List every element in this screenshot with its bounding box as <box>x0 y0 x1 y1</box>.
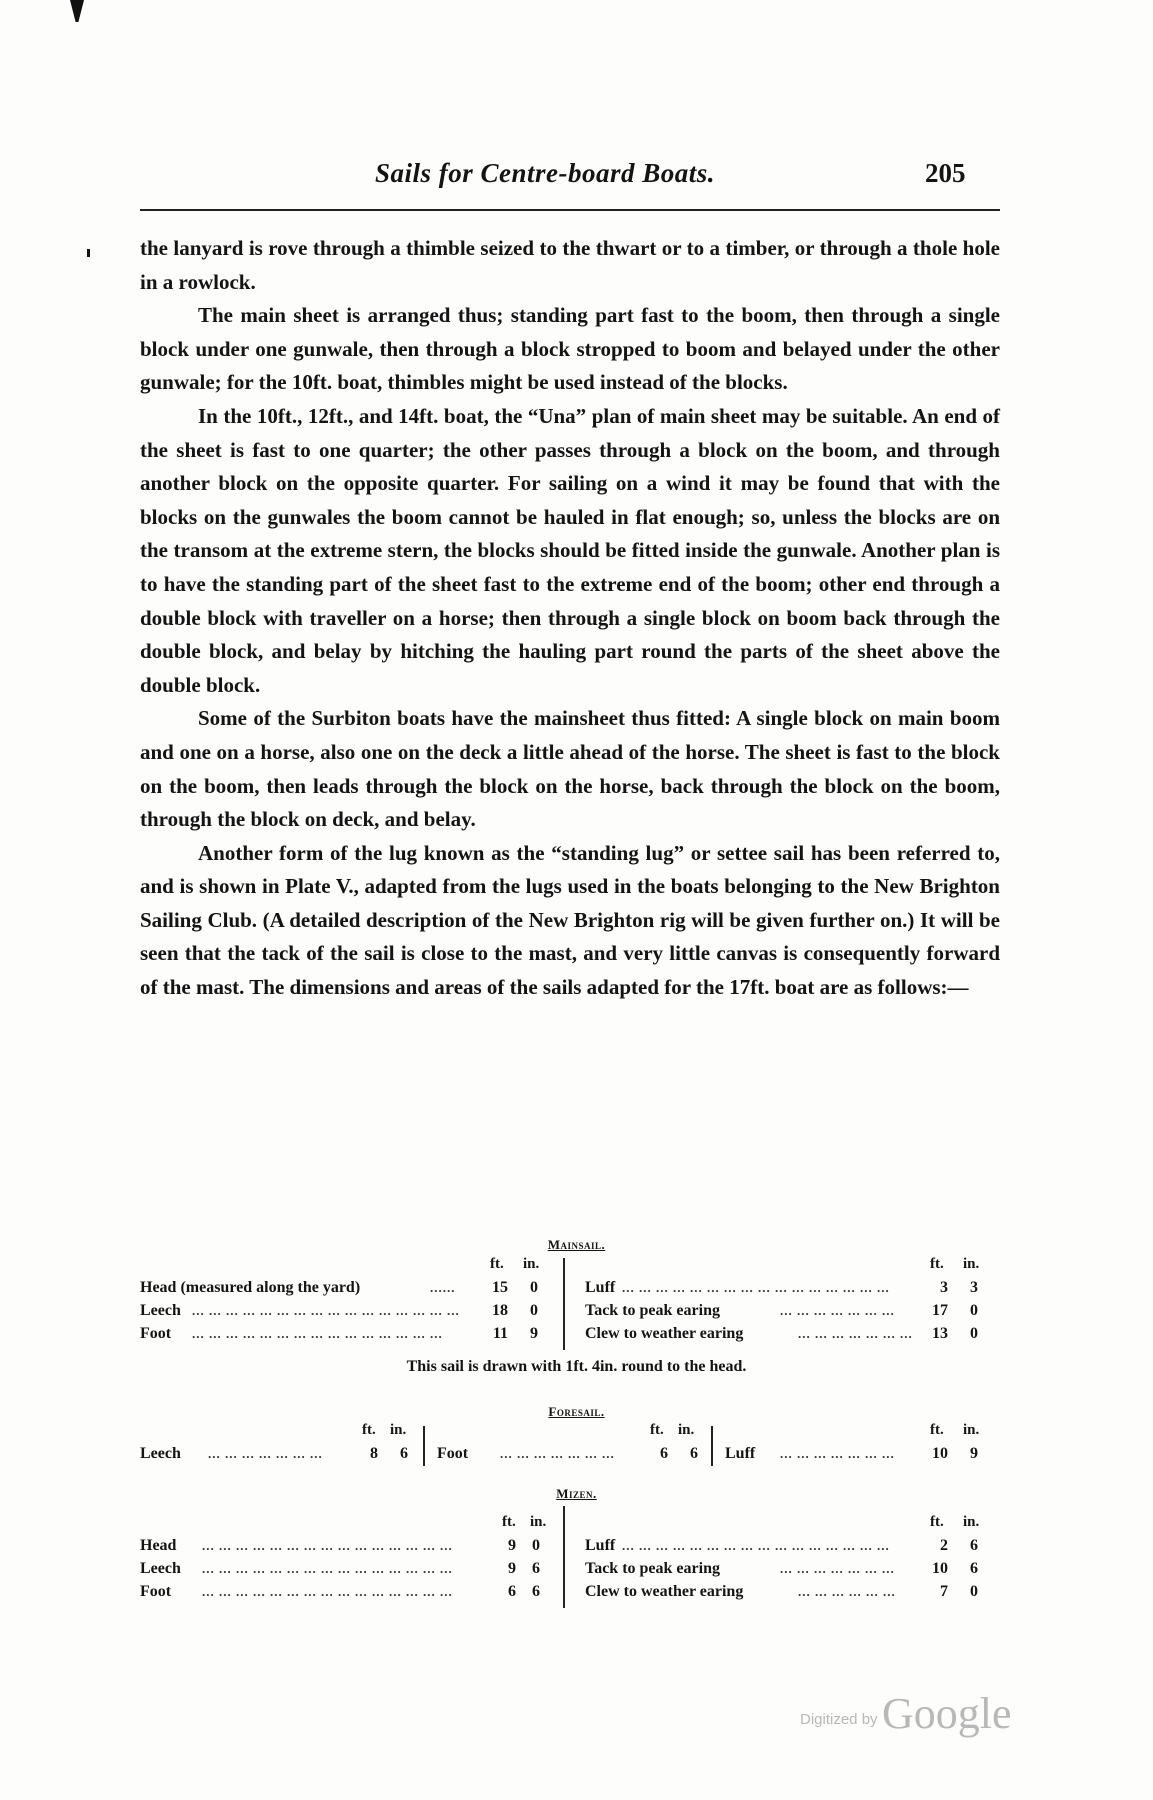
value-in: 0 <box>512 1300 538 1322</box>
value-in: 6 <box>514 1581 540 1603</box>
value-ft: 11 <box>482 1323 508 1345</box>
value-ft: 18 <box>482 1300 508 1322</box>
row-label: Tack to peak earing <box>585 1558 720 1580</box>
row-label: Foot <box>437 1443 468 1465</box>
value-ft: 10 <box>922 1558 948 1580</box>
mainsail-title: Mainsail. <box>0 1237 1153 1253</box>
unit-ft: ft. <box>930 1256 944 1273</box>
mizen-title: Mizen. <box>0 1486 1153 1502</box>
table-row: Leech ... ... ... ... ... ... ... 8 6 Fo… <box>140 1443 1000 1465</box>
scan-mark <box>70 0 84 22</box>
value-in: 0 <box>952 1581 978 1603</box>
row-label: Tack to peak earing <box>585 1300 720 1322</box>
table-row: Foot ... ... ... ... ... ... ... ... ...… <box>140 1581 1000 1603</box>
leader-dots: ... ... ... ... ... ... ... ... ... ... … <box>202 1558 492 1580</box>
paragraph: In the 10ft., 12ft., and 14ft. boat, the… <box>140 400 1000 702</box>
row-label: Leech <box>140 1300 181 1322</box>
digitized-watermark: Digitized by Google <box>800 1688 1012 1739</box>
leader-dots: ... ... ... ... ... ... <box>798 1581 918 1603</box>
mizen-table: ft. in. ft. in. Head ... ... ... ... ...… <box>140 1514 1000 1614</box>
table-row: Leech ... ... ... ... ... ... ... ... ..… <box>140 1300 1000 1322</box>
row-label: Luff <box>725 1443 755 1465</box>
value-ft: 3 <box>922 1277 948 1299</box>
table-row: Foot ... ... ... ... ... ... ... ... ...… <box>140 1323 1000 1345</box>
unit-ft: ft. <box>362 1422 376 1439</box>
header-rule <box>140 209 1000 211</box>
foresail-table: ft. in. ft. in. ft. in. Leech ... ... ..… <box>140 1422 1000 1472</box>
leader-dots: ... ... ... ... ... ... ... <box>780 1558 918 1580</box>
value-ft: 9 <box>490 1558 516 1580</box>
value-ft: 2 <box>922 1535 948 1557</box>
row-label: Leech <box>140 1443 181 1465</box>
unit-ft: ft. <box>930 1422 944 1439</box>
mainsail-table: ft. in. ft. in. Head (measured along the… <box>140 1256 1000 1356</box>
paragraph: the lanyard is rove through a thimble se… <box>140 232 1000 299</box>
value-ft: 7 <box>922 1581 948 1603</box>
watermark-prefix: Digitized by <box>800 1711 878 1728</box>
mainsail-note: This sail is drawn with 1ft. 4in. round … <box>0 1358 1153 1376</box>
value-in: 0 <box>512 1277 538 1299</box>
leader-dots: ... ... ... ... ... ... ... <box>500 1443 638 1465</box>
leader-dots: ... ... ... ... ... ... ... <box>798 1323 918 1345</box>
table-row: Head ... ... ... ... ... ... ... ... ...… <box>140 1535 1000 1557</box>
leader-dots: ... ... ... ... ... ... ... ... ... ... … <box>622 1535 918 1557</box>
value-in: 0 <box>952 1300 978 1322</box>
value-ft: 15 <box>482 1277 508 1299</box>
row-label: Luff <box>585 1535 615 1557</box>
value-in: 0 <box>952 1323 978 1345</box>
value-ft: 10 <box>922 1443 948 1465</box>
leader-dots: ... ... ... ... ... ... ... <box>208 1443 350 1465</box>
leader-dots: ... ... ... ... ... ... ... ... ... ... … <box>202 1581 492 1603</box>
value-in: 6 <box>514 1558 540 1580</box>
unit-in: in. <box>963 1256 979 1273</box>
running-head: Sails for Centre-board Boats. 205 <box>140 158 1000 198</box>
row-label: Head <box>140 1535 176 1557</box>
unit-in: in. <box>523 1256 539 1273</box>
row-label: Leech <box>140 1558 181 1580</box>
unit-in: in. <box>390 1422 406 1439</box>
value-ft: 6 <box>642 1443 668 1465</box>
row-label: Foot <box>140 1323 171 1345</box>
value-in: 6 <box>382 1443 408 1465</box>
unit-ft: ft. <box>930 1514 944 1531</box>
row-label: Clew to weather earing <box>585 1581 743 1603</box>
leader-dots: ... ... ... ... ... ... ... ... ... ... … <box>192 1300 476 1322</box>
unit-in: in. <box>678 1422 694 1439</box>
value-in: 6 <box>672 1443 698 1465</box>
leader-dots: ... ... ... ... ... ... ... ... ... ... … <box>622 1277 918 1299</box>
running-title: Sails for Centre-board Boats. <box>375 158 715 189</box>
value-ft: 8 <box>352 1443 378 1465</box>
value-ft: 13 <box>922 1323 948 1345</box>
paragraph: Some of the Surbiton boats have the main… <box>140 702 1000 836</box>
row-label: Luff <box>585 1277 615 1299</box>
value-ft: 6 <box>490 1581 516 1603</box>
table-row: Leech ... ... ... ... ... ... ... ... ..… <box>140 1558 1000 1580</box>
leader-dots: ... ... ... ... ... ... ... <box>780 1443 918 1465</box>
row-label: Head (measured along the yard) <box>140 1277 360 1299</box>
unit-ft: ft. <box>490 1256 504 1273</box>
leader-dots: ... ... ... ... ... ... ... ... ... ... … <box>192 1323 476 1345</box>
paragraph: The main sheet is arranged thus; standin… <box>140 299 1000 400</box>
value-ft: 9 <box>490 1535 516 1557</box>
table-row: Head (measured along the yard) ...... 15… <box>140 1277 1000 1299</box>
value-ft: 17 <box>922 1300 948 1322</box>
google-logo: Google <box>882 1689 1012 1738</box>
value-in: 9 <box>952 1443 978 1465</box>
leader-dots: ... ... ... ... ... ... ... ... ... ... … <box>202 1535 492 1557</box>
leader-dots: ... ... ... ... ... ... ... <box>780 1300 918 1322</box>
value-in: 9 <box>512 1323 538 1345</box>
unit-ft: ft. <box>502 1514 516 1531</box>
value-in: 6 <box>952 1535 978 1557</box>
row-label: Foot <box>140 1581 171 1603</box>
value-in: 3 <box>952 1277 978 1299</box>
scan-speck <box>87 249 90 257</box>
page-number: 205 <box>925 158 966 189</box>
unit-in: in. <box>530 1514 546 1531</box>
body-text: the lanyard is rove through a thimble se… <box>140 232 1000 1005</box>
paragraph: Another form of the lug known as the “st… <box>140 837 1000 1005</box>
foresail-title: Foresail. <box>0 1404 1153 1420</box>
leader-dots: ...... <box>430 1277 476 1299</box>
unit-ft: ft. <box>650 1422 664 1439</box>
value-in: 0 <box>514 1535 540 1557</box>
row-label: Clew to weather earing <box>585 1323 743 1345</box>
unit-in: in. <box>963 1422 979 1439</box>
unit-in: in. <box>963 1514 979 1531</box>
value-in: 6 <box>952 1558 978 1580</box>
